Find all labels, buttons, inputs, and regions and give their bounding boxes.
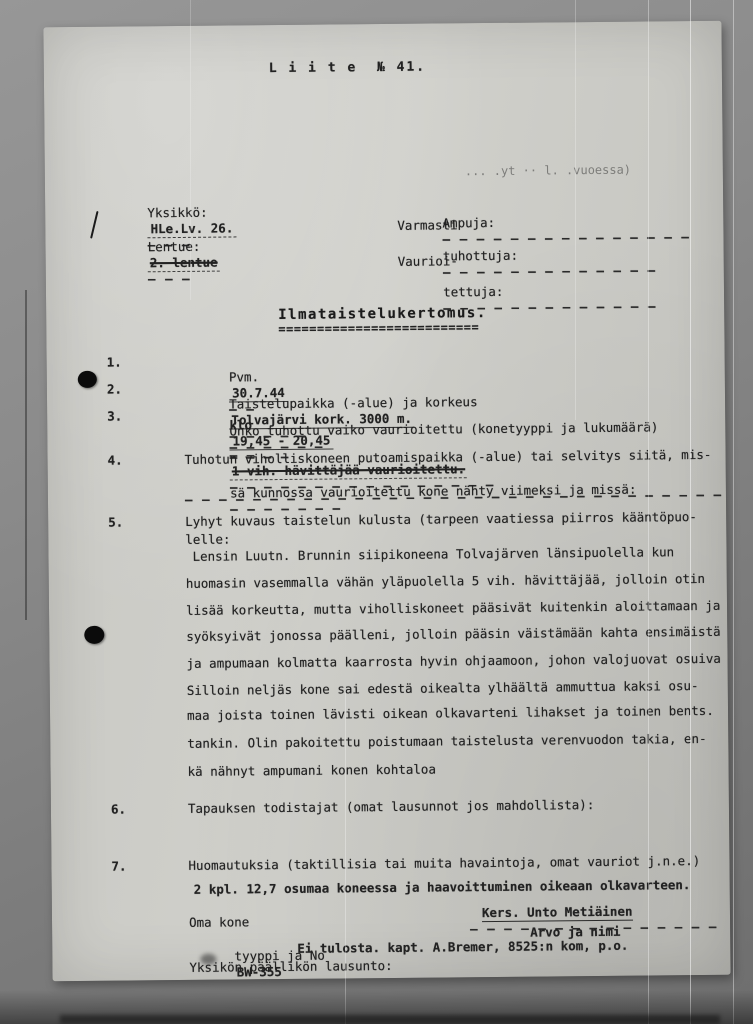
pen-mark (90, 211, 98, 239)
faint-header-note: ... .yt ·· l. .vuoessa) (465, 162, 631, 180)
narrative-line: lisää korkeutta, mutta viholliskoneet pä… (186, 598, 720, 619)
attachment-label: L i i t e № 41. (269, 60, 426, 78)
film-scratch (648, 0, 649, 1024)
flight-value: 2. lentue (148, 255, 220, 273)
report-title-underline: ========================== (278, 319, 479, 337)
narrative-line: syöksyivät jonossa päälleni, jolloin pää… (186, 624, 720, 645)
film-scratch (690, 0, 691, 1024)
unit-label: Yksikkö: (147, 205, 207, 221)
item6-label: Tapauksen todistajat (omat lausunnot jos… (188, 797, 595, 817)
ink-smudge (200, 954, 216, 965)
result-note: Ei tulosta. kapt. A.Bremer, 8525:n kom, … (297, 938, 628, 957)
item1-number: 1. (107, 355, 122, 371)
film-scratch (733, 0, 734, 1024)
scan-bottom-strip (60, 1015, 720, 1024)
item7-line1: Huomautuksia (taktillisia tai muita hava… (188, 853, 700, 874)
film-scratch (190, 0, 191, 300)
flight-row: Lentue: 2. lentue – – – (102, 223, 228, 304)
document-page: L i i t e № 41. ... .yt ·· l. .vuoessa) … (43, 21, 730, 981)
narrative-line: kä nähnyt ampumani konen kohtaloa (188, 762, 437, 780)
scan-background: L i i t e № 41. ... .yt ·· l. .vuoessa) … (0, 0, 753, 1024)
flight-dashes: – – – (148, 271, 191, 286)
item5-line2: lelle: (185, 532, 230, 548)
film-scratch (345, 690, 346, 1024)
narrative-line: huomasin vasemmalla vähän yläpuolella 5 … (186, 571, 705, 592)
item2-number: 2. (107, 382, 122, 398)
punch-hole (84, 626, 104, 644)
narrative-line: Silloin neljäs kone sai edestä oikealta … (187, 678, 699, 699)
own-plane-label-line1: Oma kone (189, 914, 249, 931)
narrative-line: ja ampumaan kolmatta kaarrosta hyvin ohj… (186, 651, 720, 672)
item6-number: 6. (111, 802, 126, 818)
item4-number: 4. (108, 453, 123, 469)
item3-number: 3. (107, 409, 122, 425)
item7-line2: 2 kpl. 12,7 osumaa koneessa ja haavoittu… (194, 877, 691, 898)
background-scratch-dark (25, 290, 27, 620)
commander-statement-label: Yksikön päällikön lausunto: (189, 958, 392, 976)
narrative-line: tankin. Olin pakoitettu poistumaan taist… (187, 731, 706, 752)
punch-hole (78, 371, 97, 388)
narrative-line: Lensin Luutn. Brunnin siipikoneena Tolva… (192, 544, 674, 565)
item7-number: 7. (111, 859, 126, 875)
item5-number: 5. (108, 515, 123, 531)
narrative-line: maa joista toinen lävisti oikean olkavar… (187, 703, 714, 724)
flight-label: Lentue: (148, 239, 201, 255)
damaged-label-line2: tettuja: (443, 284, 503, 300)
film-scratch (575, 0, 576, 420)
